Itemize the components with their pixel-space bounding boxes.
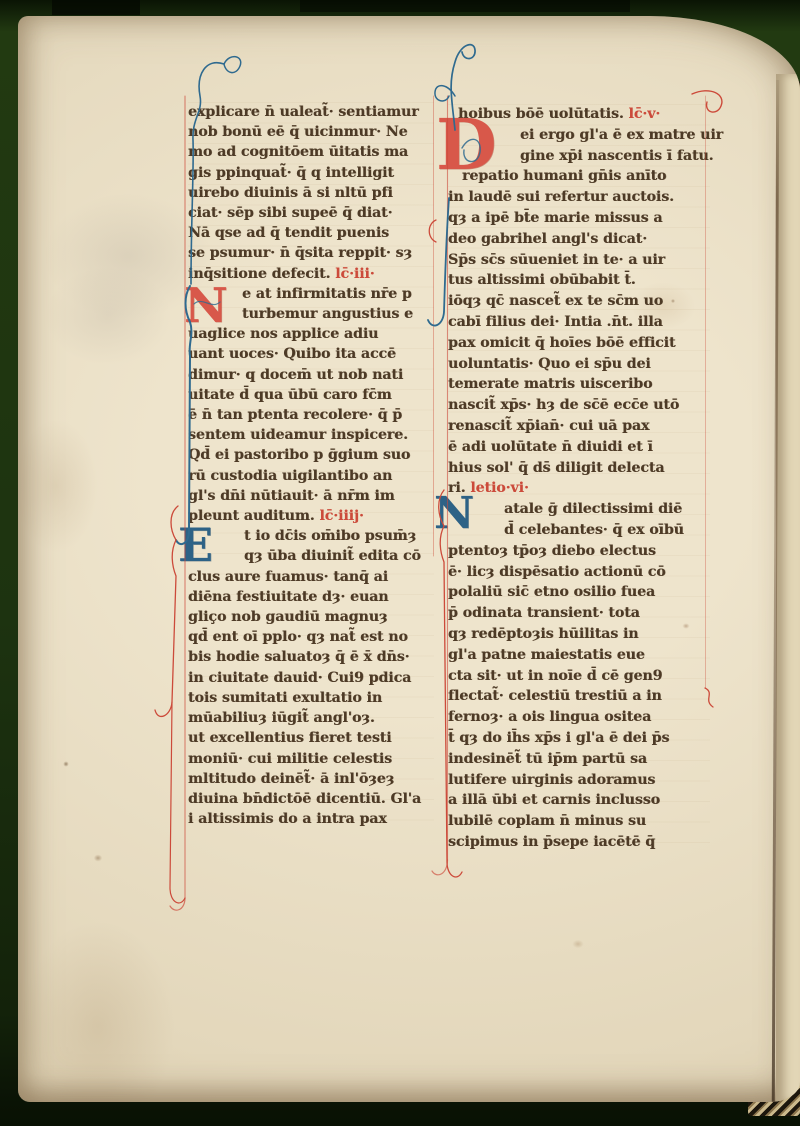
text-span: sentem uideamur inspicere. — [188, 427, 408, 443]
decorated-initial-e-blue: E — [178, 522, 213, 568]
text-line: moniū· cui militie celestis — [188, 749, 434, 769]
book-page: explicare n̄ ualeat̃· sentiamurnob bonū … — [18, 16, 800, 1102]
text-line: scipimus in p̄sepe iacētē q̄ — [448, 832, 710, 853]
text-span: qd̄ ent oī pplo· qȝ nat̃ est no — [188, 629, 408, 645]
decorated-initial-n-blue: N — [434, 492, 474, 536]
text-span: moniū· cui militie celestis — [188, 751, 392, 767]
text-span: ptentoȝ tp̄oȝ diebo electus — [448, 543, 656, 559]
text-span: tois sumitati exultatio in — [188, 690, 382, 706]
text-span: lutifere uirginis adoramus — [448, 772, 655, 788]
text-span: gis ppinquat̃· q̄ q intelligit — [188, 165, 394, 181]
text-line: rū custodia uigilantibo an — [188, 466, 434, 486]
text-span: nob bonū eē q̄ uicinmur· Ne — [188, 124, 408, 140]
text-line: t io dc̄is om̄ibo psum̄ȝ — [188, 526, 434, 546]
decorated-initial-n-red: N — [184, 282, 228, 330]
text-line: uoluntatis· Quo ei sp̄u dei — [448, 354, 710, 375]
manuscript-photo: { "document": { "kind": "illuminated man… — [0, 0, 800, 1126]
text-span: bis hodie saluatoȝ q̄ ē x̄ dn̄s· — [188, 649, 409, 665]
text-span: i altissimis do a intra pax — [188, 811, 387, 827]
text-span: rū custodia uigilantibo an — [188, 468, 392, 484]
text-span: ē· licȝ dispēsatio actionū cō — [448, 564, 666, 580]
text-line: in ciuitate dauid· Cui9 pdica — [188, 668, 434, 688]
text-span: uant uoces· Quibo ita accē — [188, 346, 396, 362]
text-line: tus altissimi obūbabit t̄. — [448, 270, 710, 291]
text-line: lubilē coplam n̄ minus su — [448, 811, 710, 832]
text-span: hius sol' q̄ ds̄ diligit delecta — [448, 460, 664, 476]
text-column-right: hoibus bōē uolūtatis. lc̄·v·ei ergo gl'a… — [448, 104, 710, 853]
text-line: temerate matris uisceribo — [448, 374, 710, 395]
text-line: ptentoȝ tp̄oȝ diebo electus — [448, 541, 710, 562]
text-line: lutifere uirginis adoramus — [448, 770, 710, 791]
text-span: e at infirmitatis nr̄e p — [242, 286, 412, 302]
text-span: gl's dn̄i nūtiauit· ā nr̄m im — [188, 488, 395, 504]
text-line: mūabiliuȝ iūgit̃ angl'oȝ. — [188, 708, 434, 728]
text-span: cabī filius dei· Intia .n̄t. illa — [448, 314, 663, 330]
text-line: uirebo diuinis ā si nltū pfi — [188, 183, 434, 203]
text-line: nascit̃ xp̄s· hȝ de sc̄ē ecc̄e utō — [448, 395, 710, 416]
rubric-label: lc̄·v· — [629, 106, 661, 122]
text-line: in laudē sui refertur auctois. — [448, 187, 710, 208]
text-span: se psumur· n̄ q̄sita reppit· sȝ — [188, 245, 412, 261]
text-span: t̄ qȝ do ih̄s xp̄s i gl'a ē dei p̄s — [448, 730, 669, 746]
text-span: polaliū sic̄ etno osilio fuea — [448, 584, 655, 600]
text-line: deo gabrihel angl's dicat· — [448, 229, 710, 250]
text-line: clus aure fuamus· tanq̄ ai — [188, 567, 434, 587]
text-span: clus aure fuamus· tanq̄ ai — [188, 569, 388, 585]
text-span: ut excellentius fieret testi — [188, 730, 392, 746]
text-span: p̄ odinata transient· tota — [448, 605, 640, 621]
text-span: temerate matris uisceribo — [448, 376, 652, 392]
text-span: in laudē sui refertur auctois. — [448, 189, 674, 205]
text-line: d̄ celebantes· q̄ ex oībū — [448, 520, 710, 541]
text-line: mltitudo deinēt̃· ā inl'ōȝeȝ — [188, 769, 434, 789]
text-line: renascit̃ xp̄ian̄· cui uā pax — [448, 416, 710, 437]
text-line: i altissimis do a intra pax — [188, 809, 434, 829]
text-span: t io dc̄is om̄ibo psum̄ȝ — [244, 528, 416, 544]
text-span: diēna festiuitate dȝ· euan — [188, 589, 388, 605]
text-line: se psumur· n̄ q̄sita reppit· sȝ — [188, 243, 434, 263]
text-span: ciat· sēp sibi supeē q̄ diat· — [188, 205, 392, 221]
text-span: uoluntatis· Quo ei sp̄u dei — [448, 356, 651, 372]
text-span: gine xp̄i nascentis ī fatu. — [520, 148, 713, 164]
text-line: Qd̄ ei pastoribo p ḡgium suo — [188, 445, 434, 465]
text-line: uitate d̄ qua ūbū caro fc̄m — [188, 385, 434, 405]
text-line: ciat· sēp sibi supeē q̄ diat· — [188, 203, 434, 223]
text-span: ei ergo gl'a ē ex matre uir — [520, 127, 723, 143]
text-line: mo ad cognitōem ūitatis ma — [188, 142, 434, 162]
text-span: ē adi uolūtate n̄ diuidi et ī — [448, 439, 653, 455]
text-span: Qd̄ ei pastoribo p ḡgium suo — [188, 447, 410, 463]
text-span: atale ḡ dilectissimi diē — [504, 501, 682, 517]
text-line: Sp̄s sc̄s sūueniet in te· a uir — [448, 250, 710, 271]
text-span: mūabiliuȝ iūgit̃ angl'oȝ. — [188, 710, 375, 726]
text-span: qȝ ūba diuinit̃ edita cō — [244, 548, 421, 564]
text-line: qȝ a ipē bt̄e marie missus a — [448, 208, 710, 229]
text-span: uirebo diuinis ā si nltū pfi — [188, 185, 393, 201]
text-line: fernoȝ· a ois lingua ositea — [448, 707, 710, 728]
text-line: gl'a patne maiestatis eue — [448, 645, 710, 666]
text-line: Nā qse ad q̄ tendit puenis — [188, 223, 434, 243]
text-line: indesinēt̃ tū ip̄m partū sa — [448, 749, 710, 770]
text-span: nascit̃ xp̄s· hȝ de sc̄ē ecc̄e utō — [448, 397, 679, 413]
text-span: pax omicit q̄ hoīes bōē efficit — [448, 335, 675, 351]
text-span: iōqȝ qc̄ nascet̃ ex te sc̄m uo — [448, 293, 663, 309]
text-span: explicare n̄ ualeat̃· sentiamur — [188, 104, 419, 120]
text-span: lubilē coplam n̄ minus su — [448, 813, 646, 829]
text-span: diuina bn̄dictōē dicentiū. Gl'a — [188, 791, 421, 807]
text-span: indesinēt̃ tū ip̄m partū sa — [448, 751, 647, 767]
text-line: bis hodie saluatoȝ q̄ ē x̄ dn̄s· — [188, 647, 434, 667]
text-span: renascit̃ xp̄ian̄· cui uā pax — [448, 418, 649, 434]
text-line: p̄ odinata transient· tota — [448, 603, 710, 624]
text-line: gl's dn̄i nūtiauit· ā nr̄m im — [188, 486, 434, 506]
text-line: explicare n̄ ualeat̃· sentiamur — [188, 102, 434, 122]
text-span: gl'a patne maiestatis eue — [448, 647, 645, 663]
text-line: flectat̃· celestiū trestiū a in — [448, 686, 710, 707]
photo-background: explicare n̄ ualeat̃· sentiamurnob bonū … — [0, 0, 800, 1126]
text-span: in ciuitate dauid· Cui9 pdica — [188, 670, 411, 686]
text-span: gliço nob gaudiū magnuȝ — [188, 609, 387, 625]
page-fore-edge — [776, 74, 800, 1102]
text-span: ē n̄ tan ptenta recolere· q̄ p̄ — [188, 407, 402, 423]
text-column-left: explicare n̄ ualeat̃· sentiamurnob bonū … — [188, 102, 434, 829]
text-line: gliço nob gaudiū magnuȝ — [188, 607, 434, 627]
text-line: qȝ ūba diuinit̃ edita cō — [188, 546, 434, 566]
text-line: t̄ qȝ do ih̄s xp̄s i gl'a ē dei p̄s — [448, 728, 710, 749]
text-line: atale ḡ dilectissimi diē — [448, 499, 710, 520]
text-span: Sp̄s sc̄s sūueniet in te· a uir — [448, 252, 665, 268]
text-line: gis ppinquat̃· q̄ q intelligit — [188, 163, 434, 183]
text-line: nob bonū eē q̄ uicinmur· Ne — [188, 122, 434, 142]
text-line: sentem uideamur inspicere. — [188, 425, 434, 445]
text-line: qȝ redēptoȝis hūilitas in — [448, 624, 710, 645]
text-line: polaliū sic̄ etno osilio fuea — [448, 582, 710, 603]
text-line: qd̄ ent oī pplo· qȝ nat̃ est no — [188, 627, 434, 647]
text-line: hius sol' q̄ ds̄ diligit delecta — [448, 458, 710, 479]
text-line: diuina bn̄dictōē dicentiū. Gl'a — [188, 789, 434, 809]
text-line: a illā ūbi et carnis inclusso — [448, 790, 710, 811]
text-line: pax omicit q̄ hoīes bōē efficit — [448, 333, 710, 354]
text-line: cabī filius dei· Intia .n̄t. illa — [448, 312, 710, 333]
text-line: tois sumitati exultatio in — [188, 688, 434, 708]
text-span: qȝ redēptoȝis hūilitas in — [448, 626, 638, 642]
text-line: dimur· q docem̄ ut nob nati — [188, 365, 434, 385]
text-span: cta sit· ut in noīe d̄ cē gen9 — [448, 668, 662, 684]
text-span: mltitudo deinēt̃· ā inl'ōȝeȝ — [188, 771, 394, 787]
rubric-label: lc̄·iii· — [335, 266, 374, 282]
text-span: tus altissimi obūbabit t̄. — [448, 272, 636, 288]
text-span: d̄ celebantes· q̄ ex oībū — [504, 522, 684, 538]
text-line: ē· licȝ dispēsatio actionū cō — [448, 562, 710, 583]
text-span: fernoȝ· a ois lingua ositea — [448, 709, 651, 725]
text-line: cta sit· ut in noīe d̄ cē gen9 — [448, 666, 710, 687]
text-span: a illā ūbi et carnis inclusso — [448, 792, 660, 808]
text-line: iōqȝ qc̄ nascet̃ ex te sc̄m uo — [448, 291, 710, 312]
text-span: scipimus in p̄sepe iacētē q̄ — [448, 834, 655, 850]
text-line: pleunt auditum. lc̄·iiij· — [188, 506, 434, 526]
rubric-label: letio·vi· — [470, 480, 528, 496]
text-line: uant uoces· Quibo ita accē — [188, 344, 434, 364]
text-span: Nā qse ad q̄ tendit puenis — [188, 225, 389, 241]
decorated-initial-d-red: D — [436, 110, 497, 180]
text-line: ē n̄ tan ptenta recolere· q̄ p̄ — [188, 405, 434, 425]
text-span: deo gabrihel angl's dicat· — [448, 231, 647, 247]
text-line: ē adi uolūtate n̄ diuidi et ī — [448, 437, 710, 458]
text-line: ri. letio·vi· — [448, 478, 710, 499]
text-span: mo ad cognitōem ūitatis ma — [188, 144, 408, 160]
text-span: turbemur angustius e — [242, 306, 413, 322]
text-line: ut excellentius fieret testi — [188, 728, 434, 748]
text-line: diēna festiuitate dȝ· euan — [188, 587, 434, 607]
text-span: flectat̃· celestiū trestiū a in — [448, 688, 662, 704]
text-span: dimur· q docem̄ ut nob nati — [188, 367, 403, 383]
text-span: uitate d̄ qua ūbū caro fc̄m — [188, 387, 392, 403]
text-span: qȝ a ipē bt̄e marie missus a — [448, 210, 662, 226]
rubric-label: lc̄·iiij· — [319, 508, 363, 524]
